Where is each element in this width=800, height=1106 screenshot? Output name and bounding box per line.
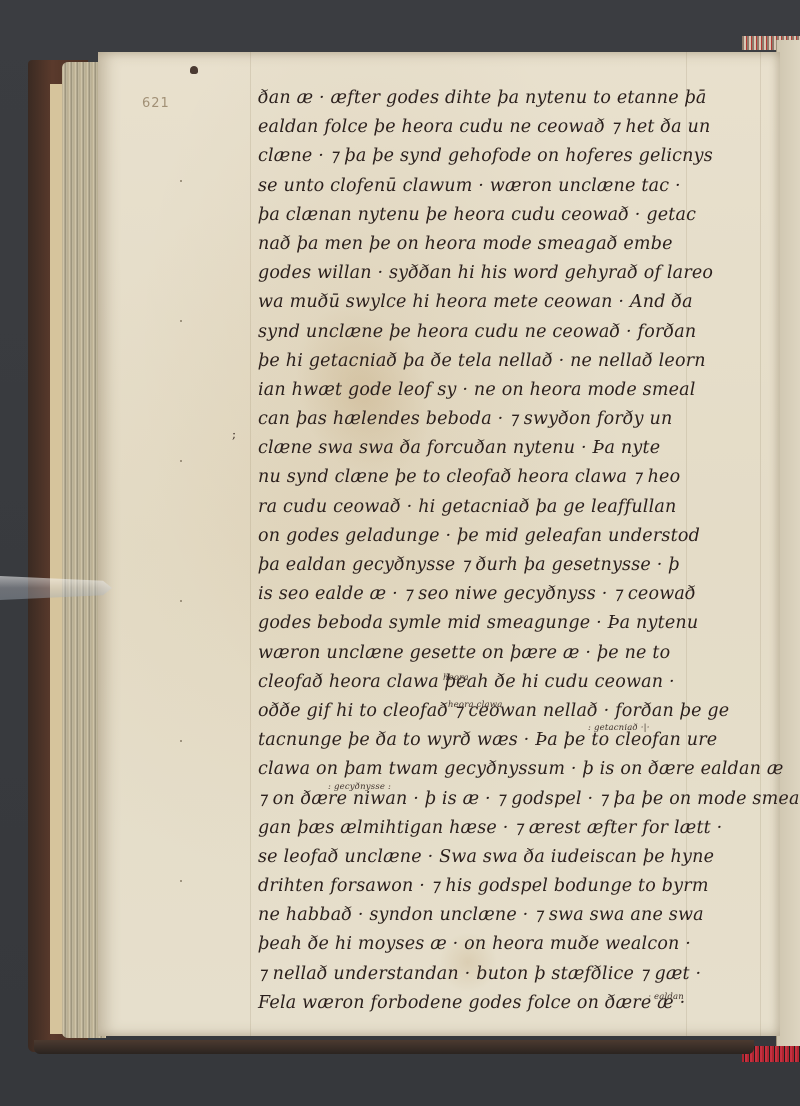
- text-line: ne habbað · syndon unclæne · ⁊ swa swa a…: [258, 901, 768, 930]
- text-line: gan þæs ælmihtigan hæse · ⁊ ærest æfter …: [258, 814, 768, 843]
- pricking-mark: [180, 740, 182, 742]
- text-line: clawa on þam twam gecyðnyssum · þ is on …: [258, 755, 768, 784]
- binding-cover-bottom: [34, 1040, 754, 1054]
- text-line: Fela wæron forbodene godes folce on ðære…: [258, 989, 768, 1018]
- text-line: nu synd clæne þe to cleofað heora clawa …: [258, 463, 768, 492]
- pricking-mark: [180, 320, 182, 322]
- ruling-line: [250, 52, 251, 1036]
- text-line: ian hwæt gode leof sy · ne on heora mode…: [258, 376, 768, 405]
- pricking-mark: [180, 180, 182, 182]
- text-line: þe hi getacniað þa ðe tela nellað · ne n…: [258, 347, 768, 376]
- ink-blot: [190, 66, 198, 74]
- text-line-content: Fela wæron forbodene godes folce on ðære…: [258, 993, 685, 1013]
- interlinear-gloss: ; ealdan: [648, 983, 684, 1012]
- text-line: drihten forsawon · ⁊ his godspel bodunge…: [258, 872, 768, 901]
- text-line: nað þa men þe on heora mode smeagað embe: [258, 230, 768, 259]
- text-line: ðan æ · æfter godes dihte þa nytenu to e…: [258, 84, 768, 113]
- text-line: godes willan · syððan hi his word gehyra…: [258, 259, 768, 288]
- text-line: on godes geladunge · þe mid geleafan und…: [258, 522, 768, 551]
- text-line: þeah ðe hi moyses æ · on heora muðe weal…: [258, 930, 768, 959]
- text-line: ⁊ on ðære niwan · þ is æ · ⁊ godspel · ⁊…: [258, 785, 768, 814]
- interlinear-gloss: heora: [443, 664, 469, 693]
- text-line: clæne · ⁊ þa þe synd gehofode on hoferes…: [258, 142, 768, 171]
- text-line: cleofað heora clawa þeah ðe hi cudu ceow…: [258, 668, 768, 697]
- text-line: þa clænan nytenu þe heora cudu ceowað · …: [258, 201, 768, 230]
- interlinear-gloss: heora clawa: [448, 691, 503, 720]
- text-line: wæron unclæne gesette on þære æ · þe ne …: [258, 639, 768, 668]
- text-line: godes beboda symle mid smeagunge · Þa ny…: [258, 609, 768, 638]
- text-line: ⁊ nellað understandan · buton þ stæfðlic…: [258, 960, 768, 989]
- text-line: þa ealdan gecyðnysse ⁊ ðurh þa gesetnyss…: [258, 551, 768, 580]
- marginal-folio-number: 621: [142, 96, 170, 111]
- pricking-mark: [180, 880, 182, 882]
- text-line: wa muðū swylce hi heora mete ceowan · An…: [258, 288, 768, 317]
- text-line: oððe gif hi to cleofað ⁊ ceowan nellað ·…: [258, 697, 768, 726]
- pricking-mark: [180, 460, 182, 462]
- text-block: ðan æ · æfter godes dihte þa nytenu to e…: [258, 84, 768, 1018]
- text-line: tacnunge þe ða to wyrð wæs · Þa þe to cl…: [258, 726, 768, 755]
- text-line: se leofað unclæne · Swa swa ða iudeiscan…: [258, 843, 768, 872]
- text-line: se unto clofenū clawum · wæron unclæne t…: [258, 172, 768, 201]
- text-line: clæne swa swa ða forcuðan nytenu · Þa ny…: [258, 434, 768, 463]
- marginal-mark: ;: [232, 427, 236, 441]
- text-line: ra cudu ceowað · hi getacniað þa ge leaf…: [258, 493, 768, 522]
- text-line: is seo ealde æ · ⁊ seo niwe gecyðnyss · …: [258, 580, 768, 609]
- pricking-mark: [180, 600, 182, 602]
- text-line: ealdan folce þe heora cudu ne ceowað ⁊ h…: [258, 113, 768, 142]
- text-line: synd unclæne þe heora cudu ne ceowað · f…: [258, 318, 768, 347]
- text-line: can þas hælendes beboda · ⁊ swyðon forðy…: [258, 405, 768, 434]
